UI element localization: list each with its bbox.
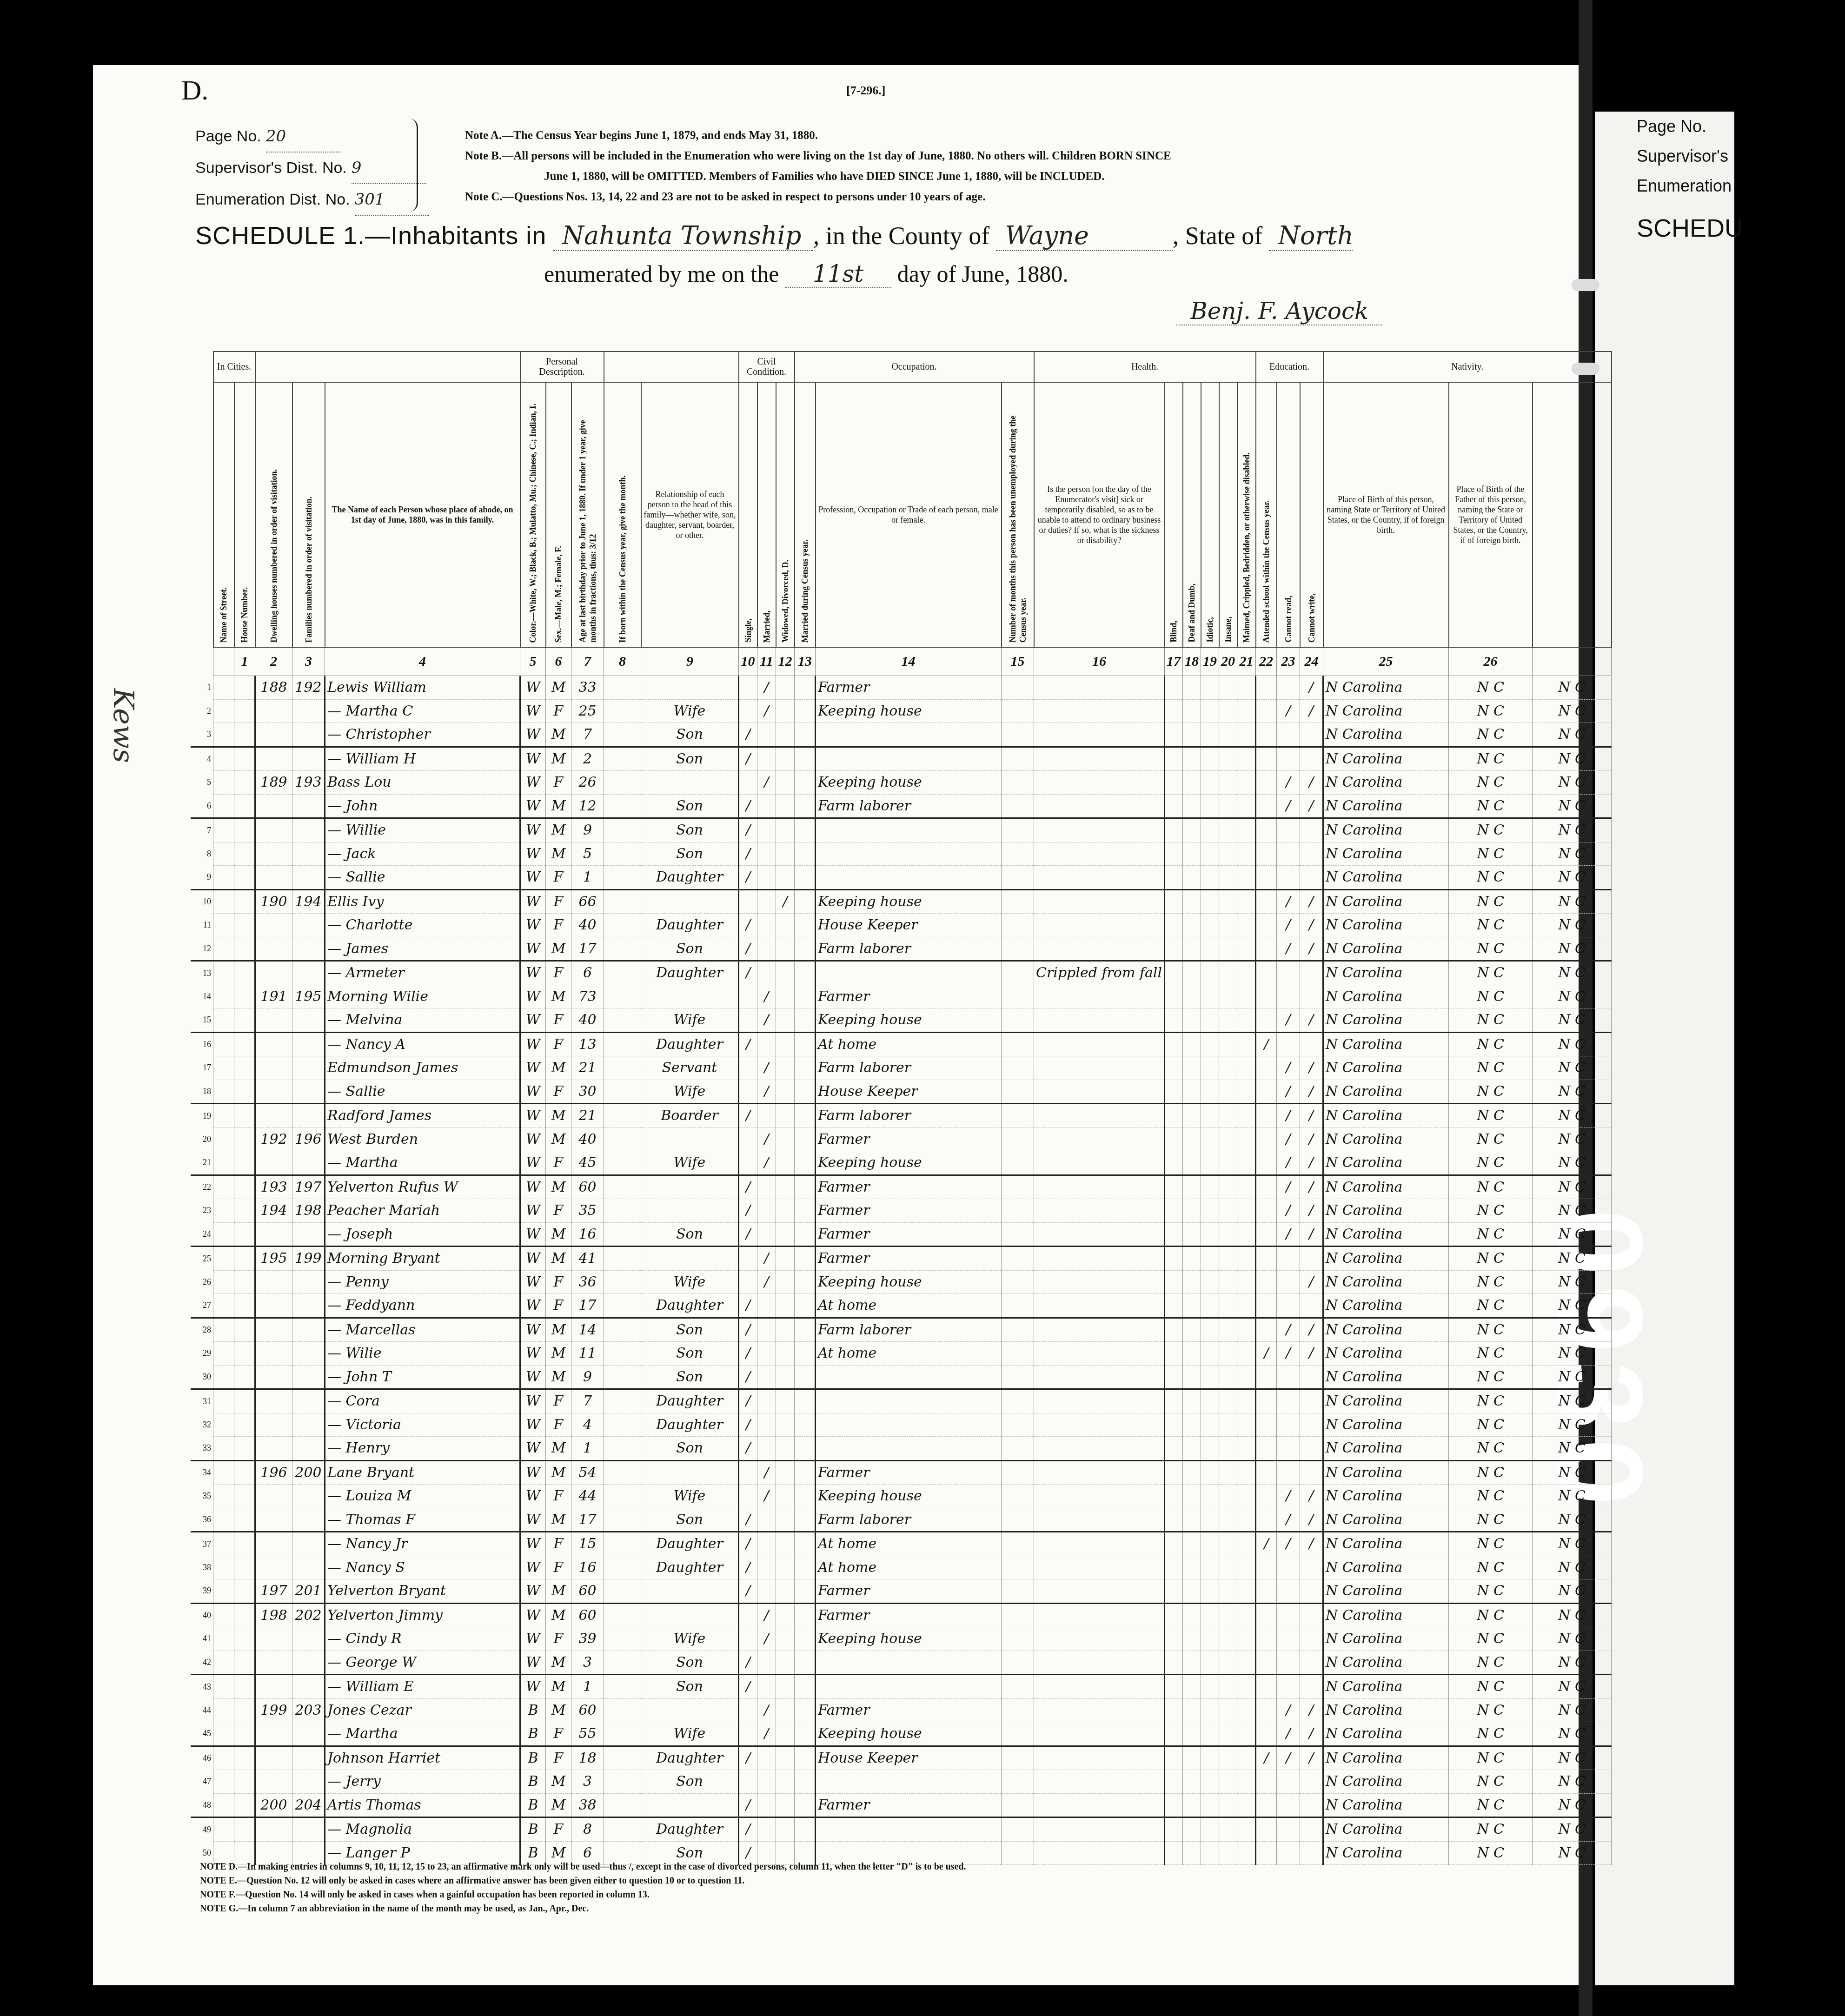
school-cell	[1256, 1437, 1277, 1461]
family-cell	[292, 1722, 325, 1746]
sex-cell: F	[546, 1746, 571, 1770]
column-number: 22	[1256, 647, 1277, 676]
col-relationship: Relationship of each person to the head …	[641, 382, 739, 647]
family-cell	[292, 699, 325, 723]
age-cell: 11	[571, 1342, 604, 1366]
sex-cell: F	[546, 1008, 571, 1033]
house-cell	[234, 1770, 255, 1794]
sex-cell: M	[546, 1318, 571, 1342]
table-row: 44199203Jones CezarBM60/Farmer//N Caroli…	[191, 1698, 1612, 1722]
street-cell	[213, 914, 234, 937]
idiotic-cell	[1201, 1222, 1219, 1247]
deaf-cell	[1183, 1247, 1201, 1271]
column-number: 24	[1300, 647, 1323, 676]
maimed-cell	[1237, 1127, 1256, 1151]
married-cell	[757, 723, 776, 747]
born-month-cell	[604, 1508, 641, 1532]
col-birthplace: Place of Birth of this person, naming St…	[1323, 382, 1449, 647]
house-cell	[234, 914, 255, 937]
color-cell: B	[520, 1770, 546, 1794]
house-cell	[234, 818, 255, 842]
insane-cell	[1219, 1793, 1237, 1817]
idiotic-cell	[1201, 723, 1219, 747]
married-cell: /	[757, 1698, 776, 1722]
family-cell: 200	[292, 1460, 325, 1485]
deaf-cell	[1183, 1770, 1201, 1794]
adj-supervisor-label: Supervisor's	[1637, 141, 1732, 171]
column-number-row: 1234567891011121314151617181920212223242…	[191, 647, 1612, 676]
born-month-cell	[604, 1627, 641, 1651]
born-month-cell	[604, 1579, 641, 1604]
born-month-cell	[604, 1222, 641, 1247]
sex-cell: F	[546, 866, 571, 890]
relationship-cell: Son	[641, 1222, 739, 1247]
born-month-cell	[604, 1437, 641, 1461]
cannot-write-cell	[1300, 1413, 1323, 1437]
born-month-cell	[604, 842, 641, 866]
single-cell	[739, 1127, 757, 1151]
line-number: 5	[191, 771, 213, 795]
birthplace-cell: N Carolina	[1323, 1247, 1449, 1271]
sex-cell: F	[546, 1389, 571, 1413]
idiotic-cell	[1201, 914, 1219, 937]
birthplace-cell: N Carolina	[1323, 1627, 1449, 1651]
birthplace-cell: N Carolina	[1323, 771, 1449, 795]
line-number: 49	[191, 1817, 213, 1842]
note-b-cont: June 1, 1880, will be OMITTED. Members o…	[465, 166, 1488, 187]
family-cell	[292, 961, 325, 985]
dwelling-cell: 198	[255, 1603, 292, 1627]
occupation-cell: Farmer	[816, 1127, 1002, 1151]
family-cell	[292, 1318, 325, 1342]
birthplace-cell: N Carolina	[1323, 1793, 1449, 1817]
relationship-cell	[641, 1247, 739, 1271]
birthplace-cell: N Carolina	[1323, 1342, 1449, 1366]
dwelling-cell	[255, 1413, 292, 1437]
line-number: 24	[191, 1222, 213, 1247]
age-cell: 21	[571, 1104, 604, 1128]
born-month-cell	[604, 1817, 641, 1842]
line-number: 19	[191, 1104, 213, 1128]
unemployed-cell	[1002, 1104, 1034, 1128]
born-month-cell	[604, 1413, 641, 1437]
unemployed-cell	[1002, 1603, 1034, 1627]
column-number: 18	[1183, 647, 1201, 676]
single-cell: /	[739, 1675, 757, 1699]
single-cell: /	[739, 747, 757, 771]
widowed-cell	[776, 1080, 795, 1104]
insane-cell	[1219, 1151, 1237, 1175]
married-cell	[757, 747, 776, 771]
cannot-read-cell	[1277, 1651, 1300, 1675]
mother-birthplace-cell: N C	[1533, 1770, 1612, 1794]
occupation-cell: Farm laborer	[816, 937, 1002, 961]
married-year-cell	[795, 961, 816, 985]
sex-cell: F	[546, 1722, 571, 1746]
single-cell	[739, 1008, 757, 1033]
column-number: 26	[1449, 647, 1533, 676]
married-year-cell	[795, 842, 816, 866]
adjacent-page-header: Page No. Supervisor's Enumeration	[1637, 112, 1732, 201]
single-cell	[739, 1603, 757, 1627]
cannot-read-cell: /	[1277, 1532, 1300, 1556]
col-cannot-read: Cannot read,	[1283, 596, 1294, 643]
name-cell: Peacher Mariah	[325, 1199, 520, 1223]
cannot-write-cell	[1300, 1032, 1323, 1056]
column-number: 7	[571, 647, 604, 676]
family-cell: 195	[292, 985, 325, 1008]
line-number: 20	[191, 1127, 213, 1151]
born-month-cell	[604, 937, 641, 961]
occupation-cell: Farmer	[816, 676, 1002, 700]
color-cell: B	[520, 1817, 546, 1842]
father-birthplace-cell: N C	[1449, 723, 1533, 747]
born-month-cell	[604, 1056, 641, 1080]
insane-cell	[1219, 1342, 1237, 1366]
school-cell	[1256, 842, 1277, 866]
house-cell	[234, 889, 255, 914]
father-birthplace-cell: N C	[1449, 1127, 1533, 1151]
family-cell	[292, 1151, 325, 1175]
house-cell	[234, 1508, 255, 1532]
name-cell: — George W	[325, 1651, 520, 1675]
sickness-cell	[1034, 794, 1165, 818]
group-occupation: Occupation.	[795, 351, 1034, 382]
dwelling-cell	[255, 1080, 292, 1104]
cannot-read-cell: /	[1277, 794, 1300, 818]
cannot-read-cell: /	[1277, 1104, 1300, 1128]
street-cell	[213, 889, 234, 914]
birthplace-cell: N Carolina	[1323, 1389, 1449, 1413]
dwelling-cell	[255, 1817, 292, 1842]
occupation-cell: Keeping house	[816, 699, 1002, 723]
occupation-cell: Farmer	[816, 1247, 1002, 1271]
column-number: 13	[795, 647, 816, 676]
deaf-cell	[1183, 866, 1201, 890]
name-cell: — William E	[325, 1675, 520, 1699]
insane-cell	[1219, 1127, 1237, 1151]
cannot-read-cell	[1277, 1556, 1300, 1579]
maimed-cell	[1237, 1151, 1256, 1175]
school-cell	[1256, 699, 1277, 723]
line-number: 30	[191, 1365, 213, 1389]
col-married: Married,	[762, 610, 772, 643]
married-year-cell	[795, 1127, 816, 1151]
relationship-cell: Wife	[641, 1080, 739, 1104]
mother-birthplace-cell: N C	[1533, 1508, 1612, 1532]
maimed-cell	[1237, 818, 1256, 842]
color-cell: W	[520, 1532, 546, 1556]
widowed-cell	[776, 1817, 795, 1842]
family-cell	[292, 866, 325, 890]
deaf-cell	[1183, 1151, 1201, 1175]
birthplace-cell: N Carolina	[1323, 1675, 1449, 1699]
unemployed-cell	[1002, 1508, 1034, 1532]
mother-birthplace-cell: N C	[1533, 1342, 1612, 1366]
school-cell	[1256, 1627, 1277, 1651]
sex-cell: F	[546, 1151, 571, 1175]
sex-cell: F	[546, 1032, 571, 1056]
birthplace-cell: N Carolina	[1323, 1556, 1449, 1579]
street-cell	[213, 1056, 234, 1080]
occupation-cell	[816, 961, 1002, 985]
sex-cell: M	[546, 1175, 571, 1199]
dwelling-cell: 199	[255, 1698, 292, 1722]
widowed-cell	[776, 1746, 795, 1770]
single-cell: /	[739, 1389, 757, 1413]
single-cell: /	[739, 1817, 757, 1842]
married-year-cell	[795, 1199, 816, 1223]
name-cell: — Sallie	[325, 866, 520, 890]
table-row: 2— Martha CWF25Wife/Keeping house//N Car…	[191, 699, 1612, 723]
table-row: 8— JackWM5Son/N CarolinaN CN C	[191, 842, 1612, 866]
relationship-cell	[641, 1793, 739, 1817]
age-cell: 30	[571, 1080, 604, 1104]
family-cell: 204	[292, 1793, 325, 1817]
maimed-cell	[1237, 1485, 1256, 1508]
col-deaf: Deaf and Dumb,	[1187, 584, 1197, 643]
born-month-cell	[604, 1104, 641, 1128]
married-year-cell	[795, 1746, 816, 1770]
mother-birthplace-cell: N C	[1533, 676, 1612, 700]
age-cell: 1	[571, 1675, 604, 1699]
street-cell	[213, 1247, 234, 1271]
family-cell: 203	[292, 1698, 325, 1722]
relationship-cell	[641, 889, 739, 914]
county-value: Wayne	[996, 221, 1173, 251]
house-cell	[234, 1698, 255, 1722]
single-cell: /	[739, 1318, 757, 1342]
cannot-read-cell	[1277, 961, 1300, 985]
single-cell: /	[739, 1199, 757, 1223]
single-cell: /	[739, 1365, 757, 1389]
dwelling-cell	[255, 1294, 292, 1318]
father-birthplace-cell: N C	[1449, 937, 1533, 961]
dwelling-cell	[255, 866, 292, 890]
sickness-cell	[1034, 818, 1165, 842]
cannot-read-cell: /	[1277, 1127, 1300, 1151]
birthplace-cell: N Carolina	[1323, 1651, 1449, 1675]
unemployed-cell	[1002, 723, 1034, 747]
occupation-cell: House Keeper	[816, 1746, 1002, 1770]
insane-cell	[1219, 1270, 1237, 1294]
idiotic-cell	[1201, 1199, 1219, 1223]
family-cell: 197	[292, 1175, 325, 1199]
sickness-cell	[1034, 1008, 1165, 1033]
unemployed-cell	[1002, 818, 1034, 842]
name-cell: Bass Lou	[325, 771, 520, 795]
born-month-cell	[604, 1460, 641, 1485]
dwelling-cell	[255, 1437, 292, 1461]
widowed-cell	[776, 1532, 795, 1556]
relationship-cell	[641, 1127, 739, 1151]
school-cell	[1256, 1127, 1277, 1151]
father-birthplace-cell: N C	[1449, 842, 1533, 866]
single-cell: /	[739, 937, 757, 961]
name-cell: — James	[325, 937, 520, 961]
street-cell	[213, 1485, 234, 1508]
deaf-cell	[1183, 1413, 1201, 1437]
idiotic-cell	[1201, 1556, 1219, 1579]
unemployed-cell	[1002, 985, 1034, 1008]
unemployed-cell	[1002, 1365, 1034, 1389]
married-year-cell	[795, 1318, 816, 1342]
age-cell: 41	[571, 1247, 604, 1271]
unemployed-cell	[1002, 1722, 1034, 1746]
married-year-cell	[795, 1460, 816, 1485]
house-cell	[234, 985, 255, 1008]
line-number: 28	[191, 1318, 213, 1342]
sickness-cell	[1034, 1247, 1165, 1271]
column-number: 9	[641, 647, 739, 676]
cannot-write-cell: /	[1300, 699, 1323, 723]
street-cell	[213, 937, 234, 961]
street-cell	[213, 1460, 234, 1485]
idiotic-cell	[1201, 1151, 1219, 1175]
blind-cell	[1165, 1793, 1183, 1817]
family-cell	[292, 1365, 325, 1389]
birthplace-cell: N Carolina	[1323, 1746, 1449, 1770]
birthplace-cell: N Carolina	[1323, 1008, 1449, 1033]
house-cell	[234, 1722, 255, 1746]
unemployed-cell	[1002, 1793, 1034, 1817]
deaf-cell	[1183, 937, 1201, 961]
deaf-cell	[1183, 1460, 1201, 1485]
father-birthplace-cell: N C	[1449, 794, 1533, 818]
family-cell: 198	[292, 1199, 325, 1223]
street-cell	[213, 1651, 234, 1675]
column-number: 21	[1237, 647, 1256, 676]
cannot-write-cell	[1300, 1294, 1323, 1318]
born-month-cell	[604, 1698, 641, 1722]
birthplace-cell: N Carolina	[1323, 747, 1449, 771]
cannot-read-cell	[1277, 1389, 1300, 1413]
age-cell: 16	[571, 1222, 604, 1247]
name-cell: Yelverton Bryant	[325, 1579, 520, 1604]
single-cell	[739, 771, 757, 795]
married-year-cell	[795, 818, 816, 842]
mother-birthplace-cell: N C	[1533, 889, 1612, 914]
col-mother-birthplace	[1533, 382, 1612, 647]
mother-birthplace-cell: N C	[1533, 985, 1612, 1008]
birthplace-cell: N Carolina	[1323, 1579, 1449, 1604]
blind-cell	[1165, 1817, 1183, 1842]
family-cell	[292, 1556, 325, 1579]
sickness-cell	[1034, 1056, 1165, 1080]
maimed-cell	[1237, 723, 1256, 747]
deaf-cell	[1183, 1080, 1201, 1104]
maimed-cell	[1237, 914, 1256, 937]
color-cell: B	[520, 1722, 546, 1746]
mother-birthplace-cell: N C	[1533, 1532, 1612, 1556]
maimed-cell	[1237, 699, 1256, 723]
line-number: 42	[191, 1651, 213, 1675]
unemployed-cell	[1002, 771, 1034, 795]
cannot-write-cell: /	[1300, 1127, 1323, 1151]
name-cell: — Sallie	[325, 1080, 520, 1104]
column-number: 3	[292, 647, 325, 676]
sex-cell: M	[546, 1365, 571, 1389]
age-cell: 38	[571, 1793, 604, 1817]
enumerated-prefix: enumerated by me on the	[544, 261, 779, 287]
sex-cell: M	[546, 1698, 571, 1722]
widowed-cell	[776, 1651, 795, 1675]
dwelling-cell	[255, 1151, 292, 1175]
line-number: 48	[191, 1793, 213, 1817]
family-cell	[292, 1532, 325, 1556]
cannot-write-cell: /	[1300, 1722, 1323, 1746]
relationship-cell	[641, 1579, 739, 1604]
unemployed-cell	[1002, 1460, 1034, 1485]
relationship-cell: Son	[641, 842, 739, 866]
sex-cell: M	[546, 1127, 571, 1151]
house-cell	[234, 1080, 255, 1104]
born-month-cell	[604, 723, 641, 747]
idiotic-cell	[1201, 1389, 1219, 1413]
widowed-cell	[776, 961, 795, 985]
insane-cell	[1219, 937, 1237, 961]
idiotic-cell	[1201, 1485, 1219, 1508]
street-cell	[213, 1222, 234, 1247]
cannot-write-cell: /	[1300, 914, 1323, 937]
mother-birthplace-cell: N C	[1533, 1413, 1612, 1437]
street-cell	[213, 1270, 234, 1294]
cannot-read-cell	[1277, 676, 1300, 700]
unemployed-cell	[1002, 1770, 1034, 1794]
line-number: 3	[191, 723, 213, 747]
occupation-cell: Farm laborer	[816, 1318, 1002, 1342]
deaf-cell	[1183, 889, 1201, 914]
mother-birthplace-cell: N C	[1533, 1485, 1612, 1508]
cannot-write-cell	[1300, 1365, 1323, 1389]
unemployed-cell	[1002, 1817, 1034, 1842]
col-widowed: Widowed, Divorced, D.	[780, 560, 790, 643]
father-birthplace-cell: N C	[1449, 1579, 1533, 1604]
widowed-cell	[776, 1675, 795, 1699]
mother-birthplace-cell: N C	[1533, 1270, 1612, 1294]
dwelling-cell	[255, 1651, 292, 1675]
deaf-cell	[1183, 1579, 1201, 1604]
family-cell	[292, 842, 325, 866]
family-cell	[292, 914, 325, 937]
family-cell: 199	[292, 1247, 325, 1271]
occupation-cell: Keeping house	[816, 1151, 1002, 1175]
name-cell: Edmundson James	[325, 1056, 520, 1080]
born-month-cell	[604, 1651, 641, 1675]
age-cell: 5	[571, 842, 604, 866]
sickness-cell	[1034, 1603, 1165, 1627]
line-number: 23	[191, 1199, 213, 1223]
relationship-cell: Son	[641, 1365, 739, 1389]
cannot-read-cell	[1277, 1437, 1300, 1461]
deaf-cell	[1183, 1270, 1201, 1294]
idiotic-cell	[1201, 1603, 1219, 1627]
birthplace-cell: N Carolina	[1323, 1365, 1449, 1389]
married-year-cell	[795, 1675, 816, 1699]
cannot-write-cell: /	[1300, 1318, 1323, 1342]
school-cell	[1256, 1056, 1277, 1080]
idiotic-cell	[1201, 1722, 1219, 1746]
color-cell: W	[520, 866, 546, 890]
name-cell: — Christopher	[325, 723, 520, 747]
mother-birthplace-cell: N C	[1533, 747, 1612, 771]
sickness-cell	[1034, 1104, 1165, 1128]
family-cell	[292, 1770, 325, 1794]
street-cell	[213, 866, 234, 890]
idiotic-cell	[1201, 1817, 1219, 1842]
sex-cell: F	[546, 889, 571, 914]
note-f: NOTE F.—Question No. 14 will only be ask…	[200, 1888, 1316, 1902]
